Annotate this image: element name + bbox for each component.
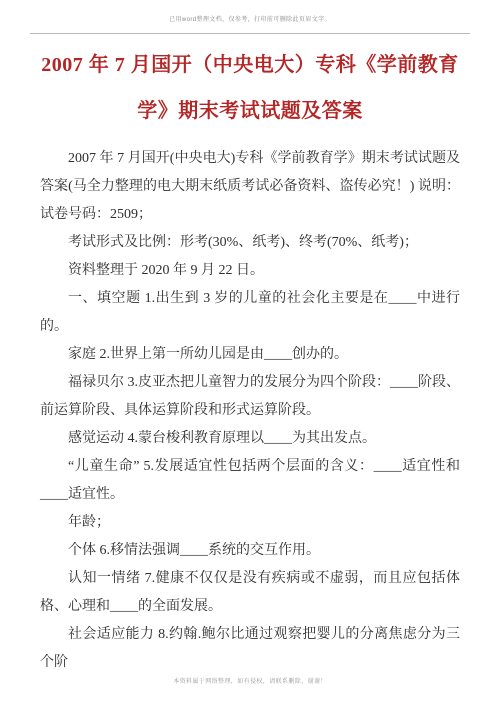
header-watermark-note: 已用word整理文档，仅参考，打印前可删除此页眉文字。 (0, 14, 500, 23)
body-paragraph-q3: 福禄贝尔 3.皮亚杰把儿童智力的发展分为四个阶段：____阶段、前运算阶段、具体… (40, 369, 460, 425)
document-title: 2007 年 7 月国开（中央电大）专科《学前教育 学》期末考试试题及答案 (36, 42, 464, 134)
body-paragraph-q8: 社会适应能力 8.约翰.鲍尔比通过观察把婴儿的分离焦虑分为三个阶 (40, 621, 460, 677)
body-paragraph-q4: 感觉运动 4.蒙台梭利教育原理以____为其出发点。 (40, 425, 460, 453)
document-title-line-1: 2007 年 7 月国开（中央电大）专科《学前教育 (36, 42, 464, 88)
body-paragraph-q1: 一、填空题 1.出生到 3 岁的儿童的社会化主要是在____中进行的。 (40, 285, 460, 341)
body-paragraph-q2: 家庭 2.世界上第一所幼儿园是由____创办的。 (40, 341, 460, 369)
document-page: 已用word整理文档，仅参考，打印前可删除此页眉文字。 2007 年 7 月国开… (0, 0, 500, 707)
body-paragraph-compile-date: 资料整理于 2020 年 9 月 22 日。 (40, 257, 460, 285)
body-paragraph-q5-answer: 年龄； (40, 509, 460, 537)
body-paragraph-q6: 个体 6.移情法强调____系统的交互作用。 (40, 537, 460, 565)
document-body: 2007 年 7 月国开(中央电大)专科《学前教育学》期末考试试题及答案(马全力… (40, 145, 460, 677)
body-paragraph-q5: “儿童生命” 5.发展适宜性包括两个层面的含义：____适宜性和____适宜性。 (40, 453, 460, 509)
footer-watermark-note: 本资料属于网络整理，如有侵权，请联系删除，谢谢！ (0, 676, 500, 685)
document-title-line-2: 学》期末考试试题及答案 (36, 88, 464, 134)
header-divider (30, 33, 470, 34)
body-paragraph-intro: 2007 年 7 月国开(中央电大)专科《学前教育学》期末考试试题及答案(马全力… (40, 145, 460, 229)
body-paragraph-q7: 认知一情绪 7.健康不仅仅是没有疾病或不虚弱，而且应包括体格、心理和____的全… (40, 565, 460, 621)
body-paragraph-exam-format: 考试形式及比例：形考(30%、纸考)、终考(70%、纸考)； (40, 229, 460, 257)
